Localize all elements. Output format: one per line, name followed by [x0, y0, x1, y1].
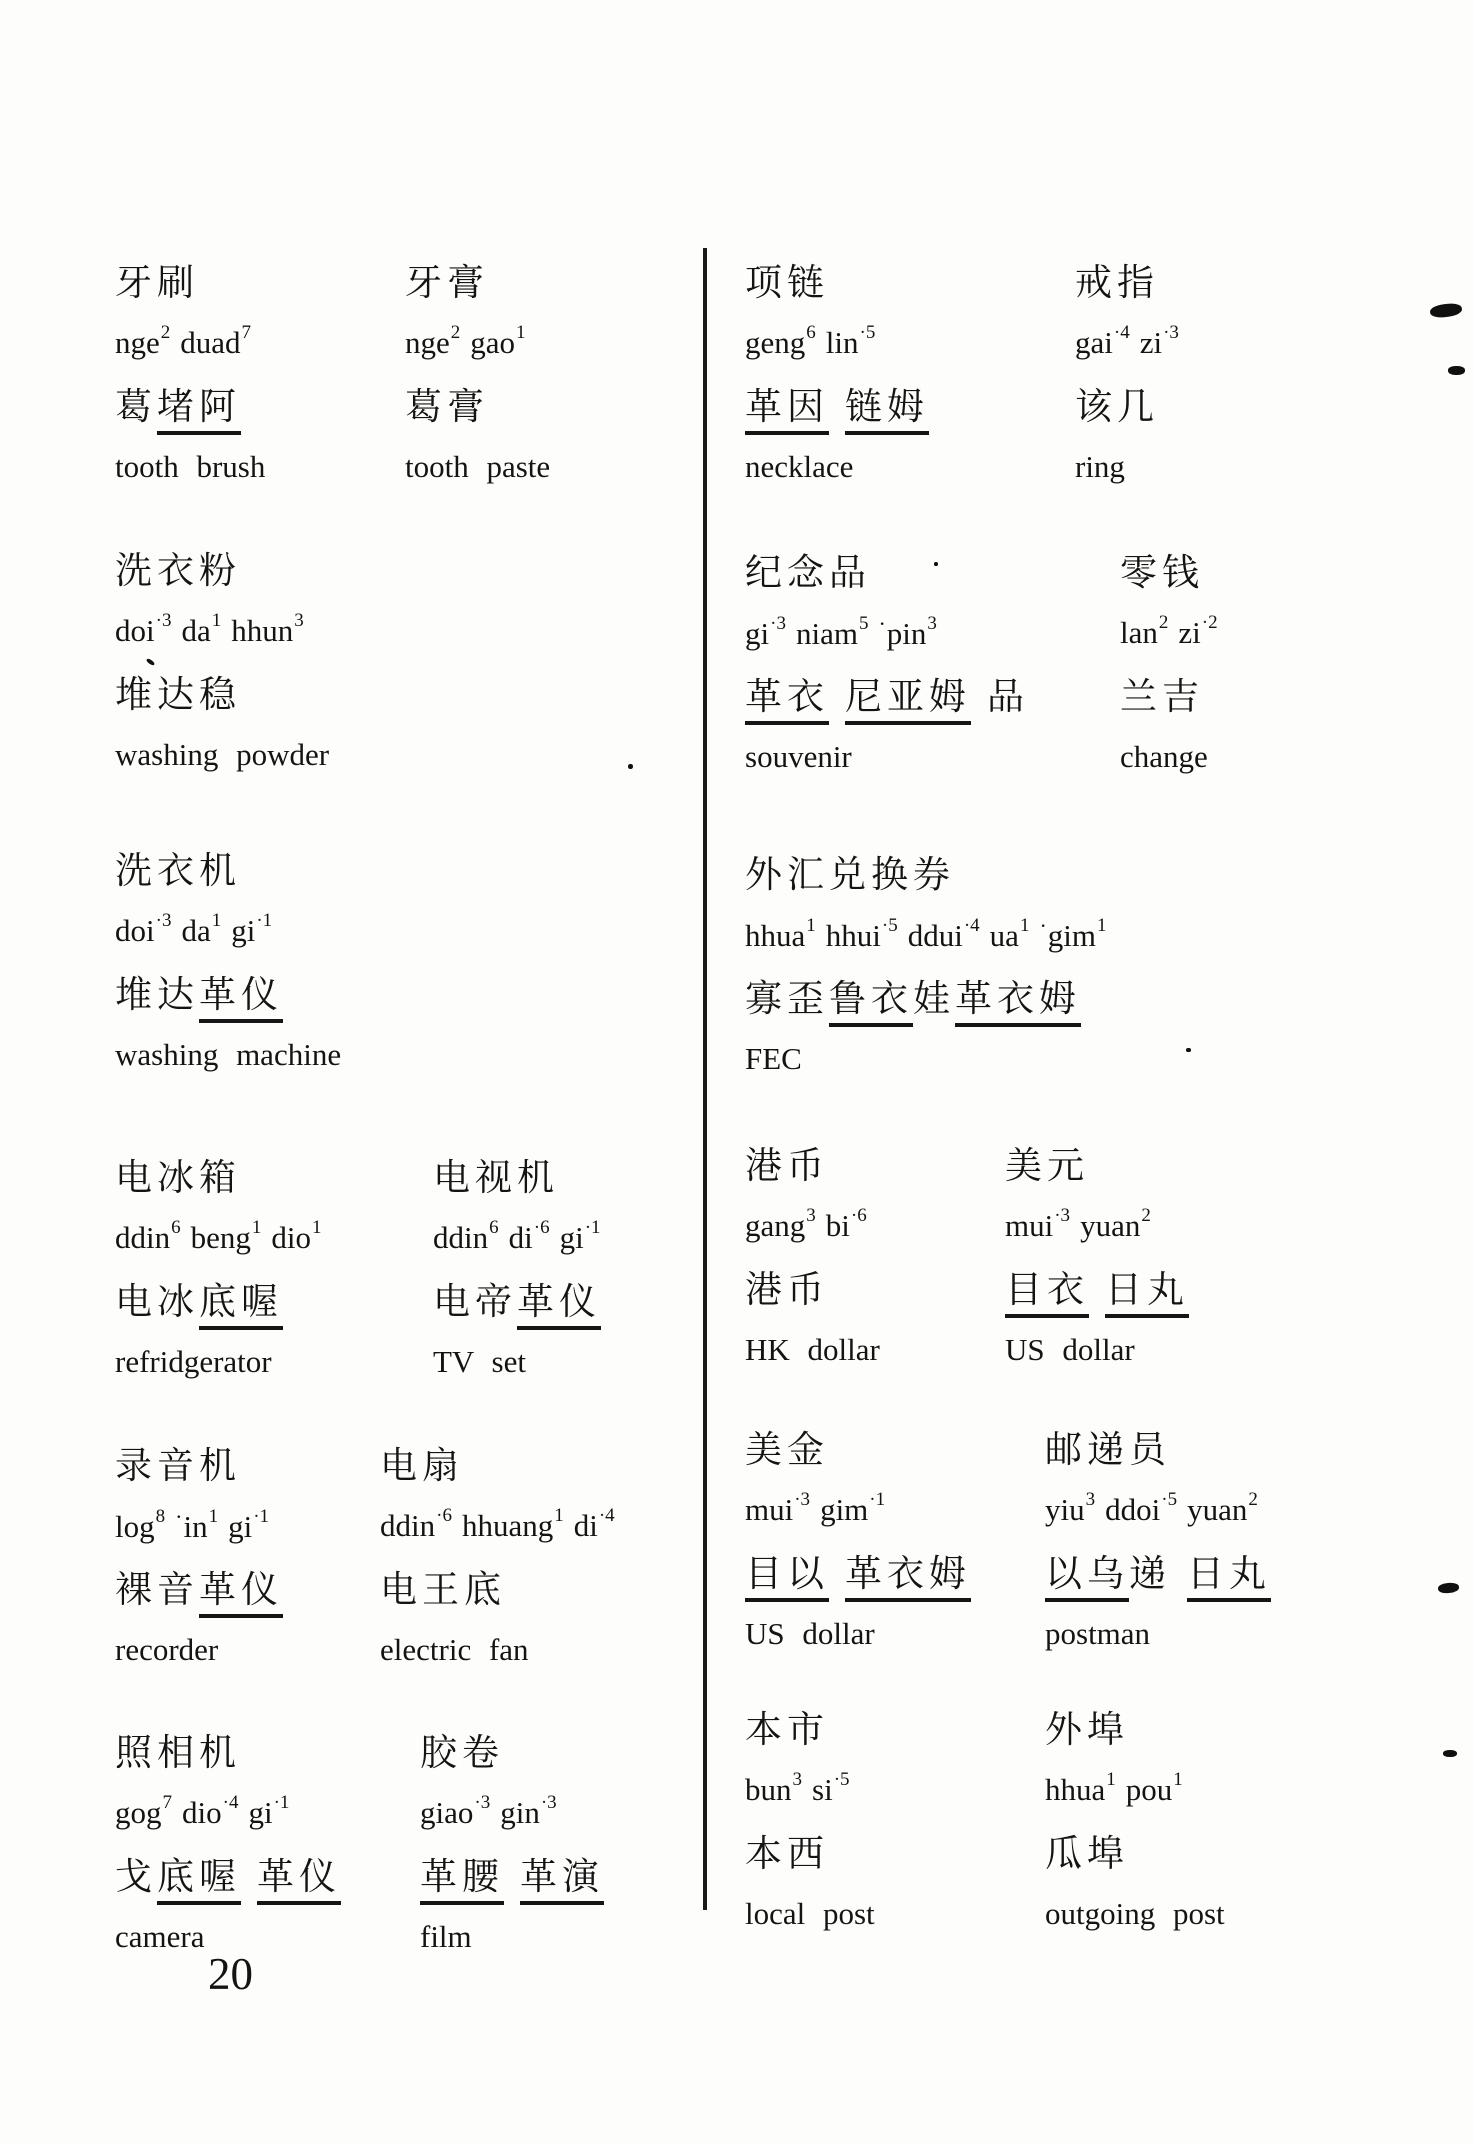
- phonetic-group: 鲁衣: [829, 981, 913, 1027]
- roman-base: yiu: [1045, 1492, 1085, 1527]
- roman-base: gai: [1075, 325, 1113, 360]
- roman-base: zi: [1140, 325, 1162, 360]
- roman-base: niam: [796, 616, 858, 651]
- phonetic-group: 娃: [913, 981, 955, 1018]
- tone-superscript: ·2: [1202, 612, 1218, 633]
- tone-superscript: ·3: [1163, 322, 1179, 343]
- roman-base: ua: [990, 918, 1019, 953]
- tone-superscript: ·1: [869, 1489, 885, 1510]
- roman-base: hhui: [826, 918, 881, 953]
- romanization: gai·4zi·3: [1075, 323, 1189, 358]
- roman-syllable: gim1: [1039, 918, 1106, 953]
- tone-superscript: ·5: [860, 322, 876, 343]
- roman-syllable: ua1: [990, 918, 1030, 953]
- english-gloss: FEC: [745, 1043, 802, 1074]
- tone-superscript: ·4: [964, 915, 980, 936]
- roman-syllable: zi·3: [1140, 325, 1179, 360]
- roman-syllable: gim·1: [820, 1492, 885, 1527]
- phonetic-hanzi: 寡歪鲁衣娃革衣姆: [745, 981, 1081, 1027]
- roman-syllable: hhui·5: [826, 918, 898, 953]
- tone-superscript: 1: [1173, 1769, 1183, 1790]
- headword-hanzi: 美元: [1005, 1148, 1089, 1185]
- english-gloss: ring: [1075, 451, 1125, 482]
- tone-superscript: ·3: [770, 613, 786, 634]
- roman-syllable: bi·6: [826, 1208, 867, 1243]
- roman-syllable: gi·3: [745, 616, 786, 651]
- roman-syllable: yuan2: [1080, 1208, 1151, 1243]
- scan-artifact: [934, 562, 938, 566]
- headword-hanzi: 本市: [745, 1712, 829, 1749]
- phonetic-hanzi: 目以革衣姆: [745, 1556, 971, 1602]
- roman-base: hhua: [1045, 1772, 1105, 1807]
- phonetic-group: 兰吉: [1120, 679, 1204, 716]
- tone-superscript: ·5: [834, 1769, 850, 1790]
- tone-superscript: 3: [1086, 1489, 1096, 1510]
- romanization: mui·3gim·1: [745, 1490, 895, 1525]
- english-gloss: local post: [745, 1898, 875, 1929]
- romanization: geng6lin·5: [745, 323, 885, 358]
- tone-superscript: 6: [806, 322, 816, 343]
- phonetic-group: 革因: [745, 389, 829, 435]
- tone-superscript: 1: [1097, 915, 1107, 936]
- romanization: lan2zi·2: [1120, 613, 1228, 648]
- roman-base: ddui: [908, 918, 963, 953]
- roman-syllable: ddoi·5: [1105, 1492, 1177, 1527]
- romanization: mui·3yuan2: [1005, 1206, 1161, 1241]
- tone-superscript: 2: [1248, 1489, 1258, 1510]
- tone-superscript: 2: [1141, 1205, 1151, 1226]
- tone-superscript: 1: [1106, 1769, 1116, 1790]
- phonetic-group: 革衣: [745, 679, 829, 725]
- phonetic-hanzi: 革衣尼亚姆品: [745, 679, 1029, 725]
- tone-superscript: 3: [927, 613, 937, 634]
- phonetic-group: 尼亚姆: [845, 679, 971, 725]
- roman-syllable: lan2: [1120, 615, 1168, 650]
- phonetic-group: 目以: [745, 1556, 829, 1602]
- roman-syllable: mui·3: [745, 1492, 810, 1527]
- romanization: gang3bi·6: [745, 1206, 877, 1241]
- headword-hanzi: 项链: [745, 265, 829, 302]
- scanned-phrasebook-page: 牙刷nge2duad7葛堵阿tooth brush牙膏nge2gao1葛膏too…: [0, 0, 1474, 2144]
- roman-syllable: hhua1: [1045, 1772, 1116, 1807]
- phonetic-group: 本西: [745, 1836, 829, 1873]
- phonetic-hanzi: 目衣日丸: [1005, 1272, 1189, 1318]
- roman-base: pin: [887, 616, 927, 651]
- roman-syllable: geng6: [745, 325, 816, 360]
- tone-superscript: ·4: [1114, 322, 1130, 343]
- romanization: hhua1pou1: [1045, 1770, 1193, 1805]
- headword-hanzi: 外埠: [1045, 1712, 1129, 1749]
- phonetic-group: 日丸: [1105, 1272, 1189, 1318]
- phonetic-hanzi: 以乌递日丸: [1045, 1556, 1271, 1602]
- headword-hanzi: 港币: [745, 1148, 829, 1185]
- phonetic-group: 寡歪: [745, 981, 829, 1018]
- headword-hanzi: 纪念品: [745, 555, 871, 592]
- english-gloss: souvenir: [745, 741, 852, 772]
- english-gloss: outgoing post: [1045, 1898, 1225, 1929]
- tone-superscript: ·3: [794, 1489, 810, 1510]
- roman-syllable: niam5: [796, 616, 869, 651]
- phonetic-hanzi: 本西: [745, 1836, 829, 1873]
- phonetic-hanzi: 港币: [745, 1272, 829, 1309]
- phonetic-group: 链姆: [845, 389, 929, 435]
- roman-syllable: pin3: [878, 616, 936, 651]
- tone-superscript: 3: [806, 1205, 816, 1226]
- roman-base: hhua: [745, 918, 805, 953]
- roman-base: mui: [745, 1492, 793, 1527]
- scan-artifact: [1448, 366, 1465, 375]
- roman-base: gi: [745, 616, 769, 651]
- scan-artifact: [1186, 1048, 1191, 1052]
- roman-base: yuan: [1080, 1208, 1140, 1243]
- phonetic-group: 品: [987, 679, 1029, 716]
- roman-syllable: yiu3: [1045, 1492, 1095, 1527]
- roman-base: lan: [1120, 615, 1158, 650]
- tone-superscript: 5: [859, 613, 869, 634]
- tone-superscript: 1: [1020, 915, 1030, 936]
- english-gloss: US dollar: [745, 1618, 875, 1649]
- scan-artifact: [1443, 1750, 1457, 1757]
- roman-syllable: lin·5: [826, 325, 876, 360]
- romanization: bun3si·5: [745, 1770, 860, 1805]
- roman-base: yuan: [1187, 1492, 1247, 1527]
- phonetic-group: 日丸: [1187, 1556, 1271, 1602]
- roman-syllable: si·5: [812, 1772, 850, 1807]
- phonetic-hanzi: 瓜埠: [1045, 1836, 1129, 1873]
- phonetic-group: 目衣: [1005, 1272, 1089, 1318]
- phonetic-group: 该几: [1075, 389, 1159, 426]
- roman-base: si: [812, 1772, 833, 1807]
- romanization: yiu3ddoi·5yuan2: [1045, 1490, 1268, 1525]
- roman-syllable: gang3: [745, 1208, 816, 1243]
- phonetic-group: 瓜埠: [1045, 1836, 1129, 1873]
- phonetic-group: 革衣姆: [955, 981, 1081, 1027]
- phonetic-hanzi: 革因链姆: [745, 389, 929, 435]
- headword-hanzi: 外汇兑换券: [745, 857, 955, 894]
- roman-base: bi: [826, 1208, 850, 1243]
- headword-hanzi: 美金: [745, 1432, 829, 1469]
- english-gloss: necklace: [745, 451, 853, 482]
- english-gloss: US dollar: [1005, 1334, 1135, 1365]
- phonetic-hanzi: 兰吉: [1120, 679, 1204, 716]
- roman-syllable: yuan2: [1187, 1492, 1258, 1527]
- tone-superscript: 3: [793, 1769, 803, 1790]
- phonetic-group: 革衣姆: [845, 1556, 971, 1602]
- headword-hanzi: 邮递员: [1045, 1432, 1171, 1469]
- roman-syllable: pou1: [1126, 1772, 1183, 1807]
- roman-base: geng: [745, 325, 805, 360]
- tone-dot: [878, 616, 886, 651]
- roman-syllable: mui·3: [1005, 1208, 1070, 1243]
- roman-syllable: zi·2: [1178, 615, 1217, 650]
- tone-superscript: 2: [1159, 612, 1169, 633]
- roman-base: gang: [745, 1208, 805, 1243]
- english-gloss: HK dollar: [745, 1334, 880, 1365]
- page-number: 20: [208, 1948, 253, 2000]
- phonetic-group: 港币: [745, 1272, 829, 1309]
- roman-syllable: ddui·4: [908, 918, 980, 953]
- english-gloss: change: [1120, 741, 1208, 772]
- roman-syllable: gai·4: [1075, 325, 1130, 360]
- phonetic-hanzi: 该几: [1075, 389, 1159, 426]
- phonetic-group: 递: [1129, 1556, 1171, 1593]
- tone-superscript: 1: [806, 915, 816, 936]
- english-gloss: postman: [1045, 1618, 1150, 1649]
- tone-superscript: ·5: [882, 915, 898, 936]
- roman-base: gim: [820, 1492, 868, 1527]
- roman-base: mui: [1005, 1208, 1053, 1243]
- roman-base: lin: [826, 325, 859, 360]
- roman-base: pou: [1126, 1772, 1173, 1807]
- scan-artifact: [628, 764, 633, 769]
- roman-base: gim: [1048, 918, 1096, 953]
- phonetic-group: 以乌: [1045, 1556, 1129, 1602]
- tone-superscript: ·5: [1161, 1489, 1177, 1510]
- roman-base: bun: [745, 1772, 792, 1807]
- romanization: hhua1hhui·5ddui·4ua1gim1: [745, 915, 1117, 951]
- roman-base: zi: [1178, 615, 1200, 650]
- tone-dot: [1039, 918, 1047, 953]
- headword-hanzi: 戒指: [1075, 265, 1159, 302]
- romanization: gi·3niam5pin3: [745, 613, 947, 649]
- roman-syllable: bun3: [745, 1772, 802, 1807]
- tone-superscript: ·3: [1054, 1205, 1070, 1226]
- roman-syllable: hhua1: [745, 918, 816, 953]
- tone-superscript: ·6: [851, 1205, 867, 1226]
- headword-hanzi: 零钱: [1120, 555, 1204, 592]
- roman-base: ddoi: [1105, 1492, 1160, 1527]
- right-column: 项链geng6lin·5革因链姆necklace戒指gai·4zi·3该几rin…: [0, 0, 1474, 2144]
